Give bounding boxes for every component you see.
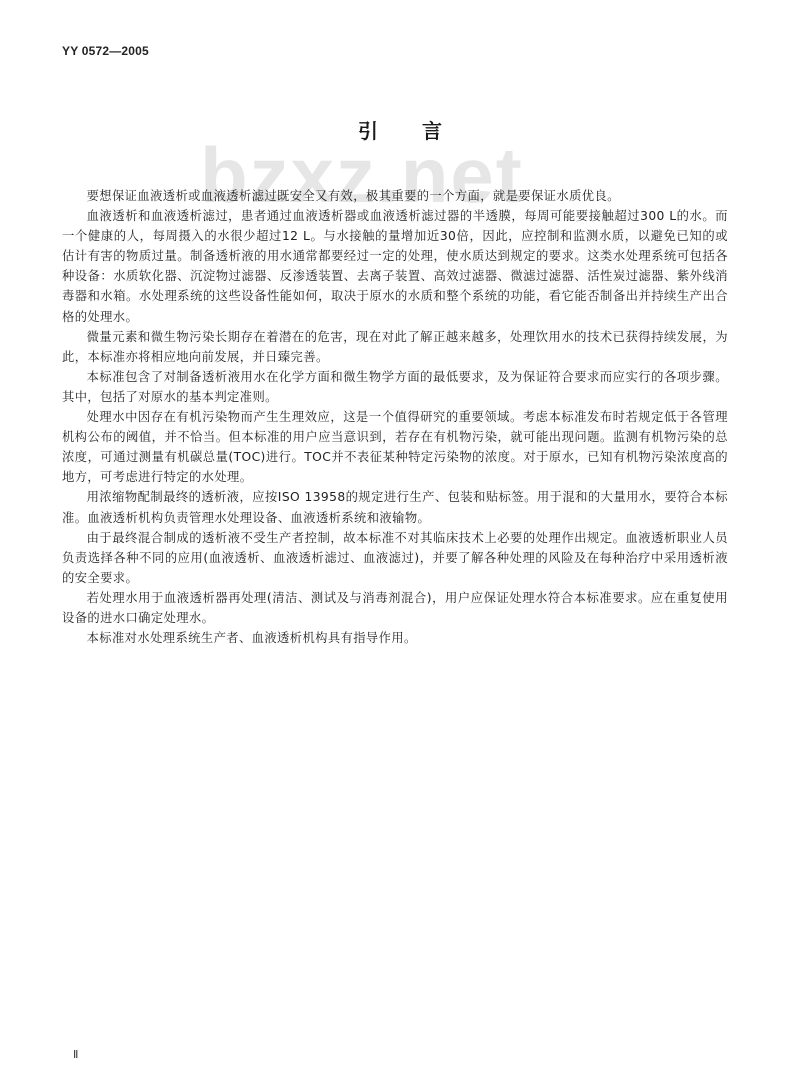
paragraph-3: 微量元素和微生物污染长期存在着潜在的危害，现在对此了解正越来越多，处理饮用水的技… [62, 327, 728, 367]
paragraph-7: 由于最终混合制成的透析液不受生产者控制，故本标准不对其临床技术上必要的处理作出规… [62, 528, 728, 588]
standard-code-header: YY 0572—2005 [62, 44, 149, 58]
paragraph-1: 要想保证血液透析或血液透析滤过既安全又有效，极其重要的一个方面，就是要保证水质优… [62, 186, 728, 206]
paragraph-6: 用浓缩物配制最终的透析液，应按ISO 13958的规定进行生产、包装和贴标签。用… [62, 487, 728, 527]
paragraph-8: 若处理水用于血液透析器再处理(清洁、测试及与消毒剂混合)，用户应保证处理水符合本… [62, 588, 728, 628]
introduction-body: 要想保证血液透析或血液透析滤过既安全又有效，极其重要的一个方面，就是要保证水质优… [62, 186, 728, 648]
paragraph-9: 本标准对水处理系统生产者、血液透析机构具有指导作用。 [62, 628, 728, 648]
page-number: Ⅱ [73, 1048, 78, 1061]
paragraph-4: 本标准包含了对制备透析液用水在化学方面和微生物学方面的最低要求，及为保证符合要求… [62, 367, 728, 407]
paragraph-2: 血液透析和血液透析滤过，患者通过血液透析器或血液透析滤过器的半透膜，每周可能要接… [62, 206, 728, 327]
page-title: 引言 [0, 115, 800, 144]
paragraph-5: 处理水中因存在有机污染物而产生生理效应，这是一个值得研究的重要领域。考虑本标准发… [62, 407, 728, 487]
